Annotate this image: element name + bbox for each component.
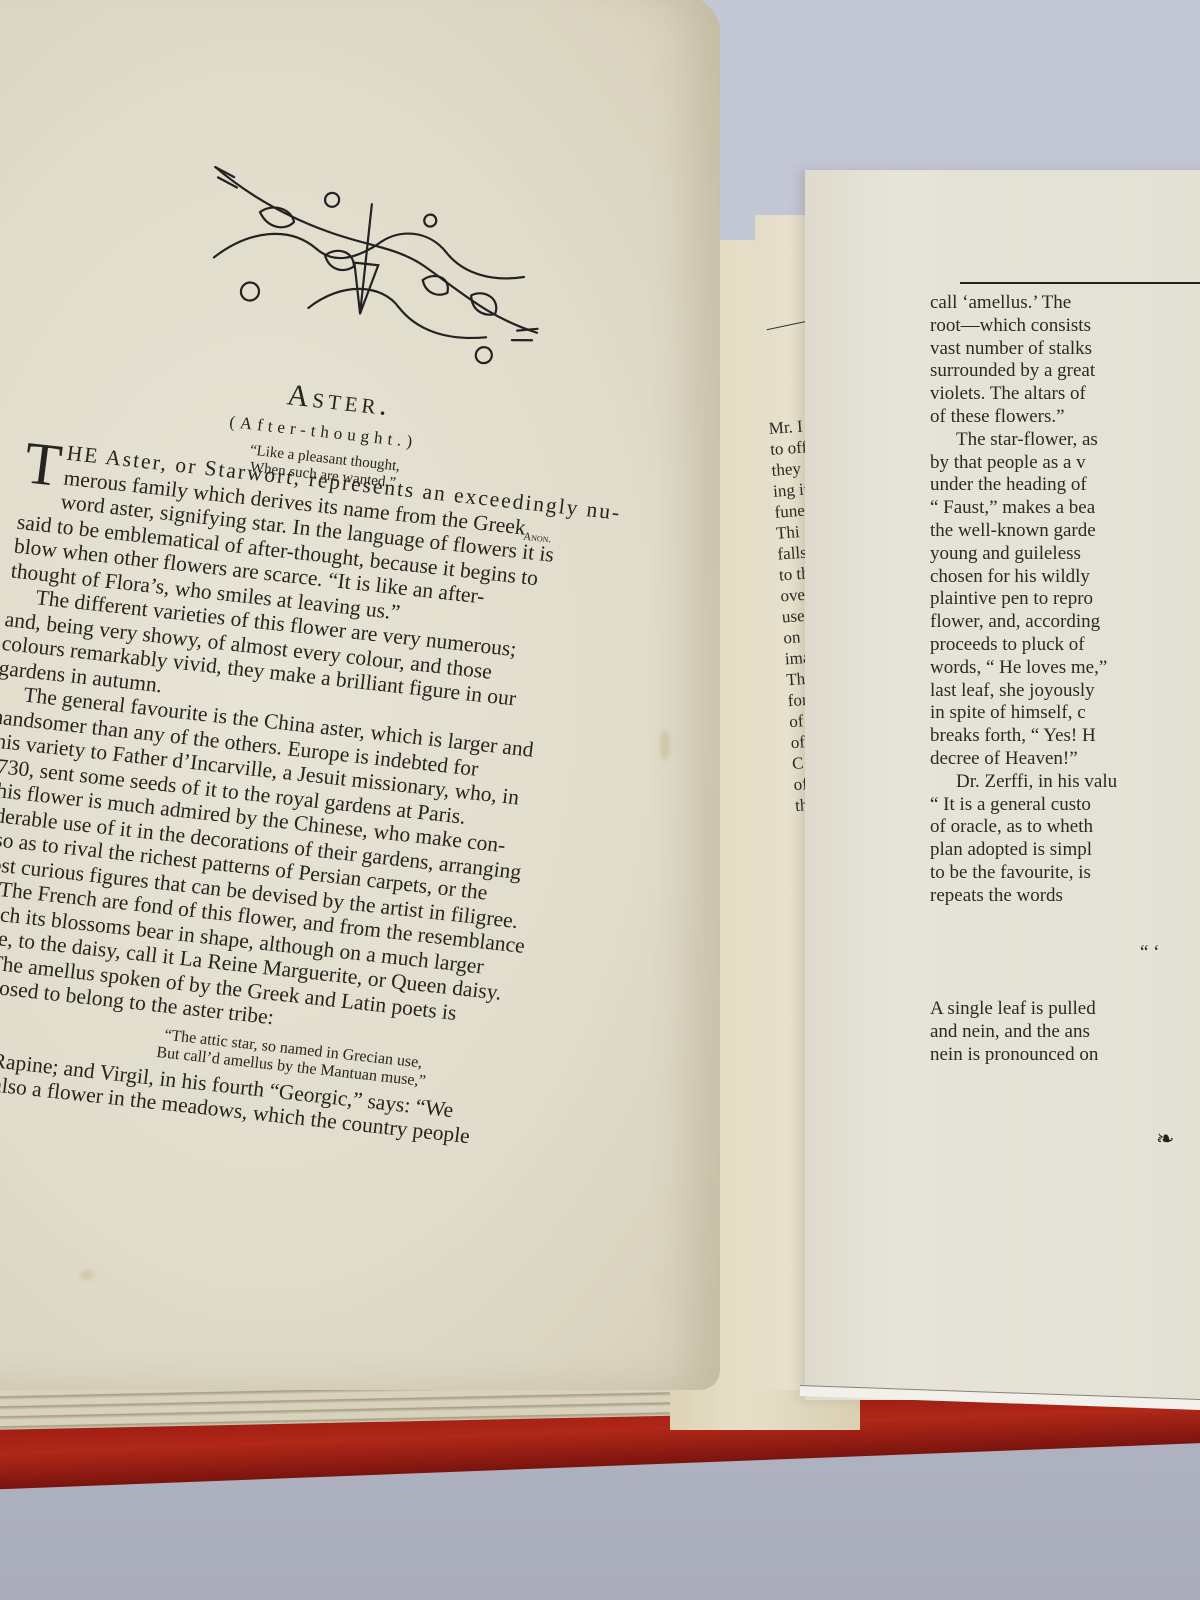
text-line: last leaf, she joyously [930, 680, 1200, 703]
text-line: The star-flower, as [930, 429, 1200, 452]
text-line: surrounded by a great [930, 360, 1200, 383]
text-line: repeats the words [930, 885, 1200, 908]
text-line: A single leaf is pulled [930, 998, 1200, 1021]
text-line: vast number of stalks [930, 338, 1200, 361]
text-line: nein is pronounced on [930, 1044, 1200, 1067]
right-page-tailpiece-ornament: ❧ [1156, 1126, 1174, 1152]
text-line: breaks forth, “ Yes! H [930, 725, 1200, 748]
text-line: plan adopted is simpl [930, 839, 1200, 862]
text-line: “ Faust,” makes a bea [930, 497, 1200, 520]
text-line: chosen for his wildly [930, 566, 1200, 589]
text-line: of oracle, as to wheth [930, 816, 1200, 839]
text-line: plaintive pen to repro [930, 588, 1200, 611]
text-line: under the heading of [930, 474, 1200, 497]
entry-body-text: THE Aster, or Starwort, represents an ex… [0, 436, 625, 1156]
text-line: “ It is a general custo [930, 794, 1200, 817]
text-line: proceeds to pluck of [930, 634, 1200, 657]
text-line: decree of Heaven!” [930, 748, 1200, 771]
text-line: Dr. Zerffi, in his valu [930, 771, 1200, 794]
text-line: of these flowers.” [930, 406, 1200, 429]
book-photo: Mr. Ito offerthey ding it tfuneraThifall… [0, 0, 1200, 1600]
text-line: flower, and, according [930, 611, 1200, 634]
text-line: call ‘amellus.’ The [930, 292, 1200, 315]
text-line: in spite of himself, c [930, 702, 1200, 725]
right-page-header-rule [960, 282, 1200, 284]
right-page-text: call ‘amellus.’ Theroot—which consistsva… [930, 292, 1200, 1067]
text-line: words, “ He loves me,” [930, 657, 1200, 680]
text-line: the well-known garde [930, 520, 1200, 543]
text-line: root—which consists [930, 315, 1200, 338]
text-line: to be the favourite, is [930, 862, 1200, 885]
quote-mark: “ ‘ [930, 942, 1200, 965]
text-line: violets. The altars of [930, 383, 1200, 406]
text-line: young and guileless [930, 543, 1200, 566]
text-line: by that people as a v [930, 452, 1200, 475]
floral-scroll-ornament-icon [184, 146, 566, 373]
drop-cap: T [22, 438, 64, 490]
text-line: and nein, and the ans [930, 1021, 1200, 1044]
